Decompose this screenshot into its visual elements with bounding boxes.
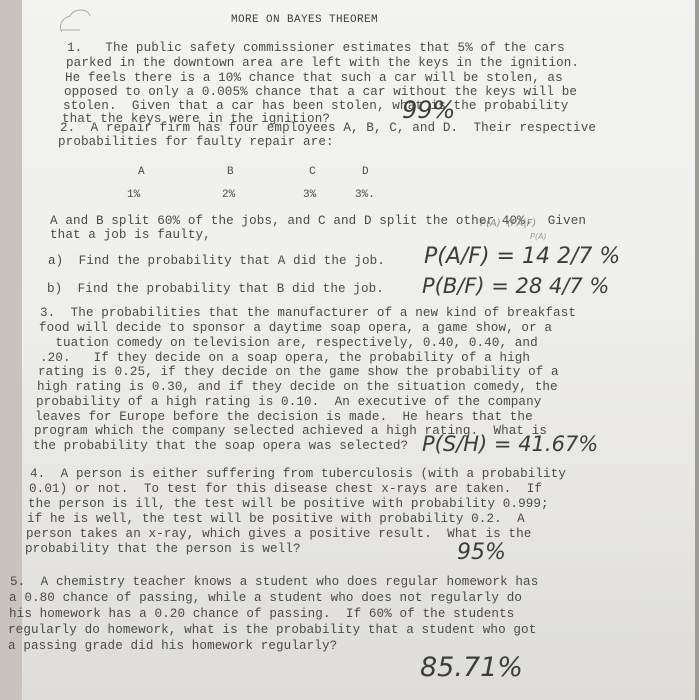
problem-3-line: high rating is 0.30, and if they decide … (37, 379, 558, 395)
handwritten-answer-5: 85.71% (420, 652, 523, 683)
problem-5-line: regularly do homework, what is the proba… (8, 622, 536, 638)
pencil-doodle-icon (40, 4, 100, 44)
problem-4-line: 0.01) or not. To test for this disease c… (29, 481, 542, 497)
problem-5-line: a 0.80 chance of passing, while a studen… (9, 590, 522, 606)
problem-4-line: 4. A person is either suffering from tub… (30, 466, 566, 482)
problem-2-line: that a job is faulty, (50, 227, 211, 243)
handwritten-answer-2b: P(B/F) = 28 4/7 % (422, 274, 609, 298)
page-shadow-edge (695, 0, 699, 700)
fault-rate: 3% (303, 189, 316, 201)
problem-3-line: the probability that the soap opera was … (33, 438, 408, 454)
problem-4-line: person takes an x-ray, which gives a pos… (26, 526, 531, 542)
problem-3-line: probability of a high rating is 0.10. An… (36, 394, 541, 410)
fault-rate: 1% (127, 189, 140, 201)
problem-4-line: if he is well, the test will be positive… (27, 511, 525, 527)
handwritten-answer-2a: P(A/F) = 14 2/7 % (424, 244, 620, 269)
handwritten-answer-4: 95% (457, 540, 506, 565)
problem-3-line: rating is 0.25, if they decide on the ga… (38, 364, 559, 380)
fault-rate: 2% (222, 189, 235, 201)
problem-3-line: food will decide to sponsor a daytime so… (39, 320, 552, 336)
employee-header: C (309, 166, 316, 178)
problem-4-line: probability that the person is well? (25, 541, 301, 557)
problem-5-line: 5. A chemistry teacher knows a student w… (10, 574, 538, 590)
employee-header: A (138, 166, 145, 178)
part-b-question: b) Find the probability that B did the j… (47, 281, 384, 297)
problem-3-line: tuation comedy on television are, respec… (40, 335, 538, 351)
fault-rate: 3%. (355, 189, 375, 201)
problem-4-line: the person is ill, the test will be posi… (28, 496, 549, 512)
problem-5-line: a passing grade did his homework regular… (8, 638, 337, 654)
problem-5-line: his homework has a 0.20 chance of passin… (9, 606, 514, 622)
problem-1-line: parked in the downtown area are left wit… (66, 55, 579, 71)
margin-note: P(A) (PA|F) (480, 218, 536, 229)
part-a-question: a) Find the probability that A did the j… (48, 253, 385, 269)
margin-note: P(A) (530, 232, 547, 241)
handwritten-answer-3: P(S/H) = 41.67% (422, 432, 598, 456)
employee-header: B (227, 166, 234, 178)
problem-1-line: 1. The public safety commissioner estima… (67, 40, 565, 56)
problem-2-line: probabilities for faulty repair are: (58, 134, 334, 150)
worksheet-page: MORE ON BAYES THEOREM 1. The public safe… (22, 0, 699, 700)
problem-3-line: 3. The probabilities that the manufactur… (40, 305, 576, 321)
employee-header: D (362, 166, 369, 178)
page-title: MORE ON BAYES THEOREM (231, 12, 378, 28)
